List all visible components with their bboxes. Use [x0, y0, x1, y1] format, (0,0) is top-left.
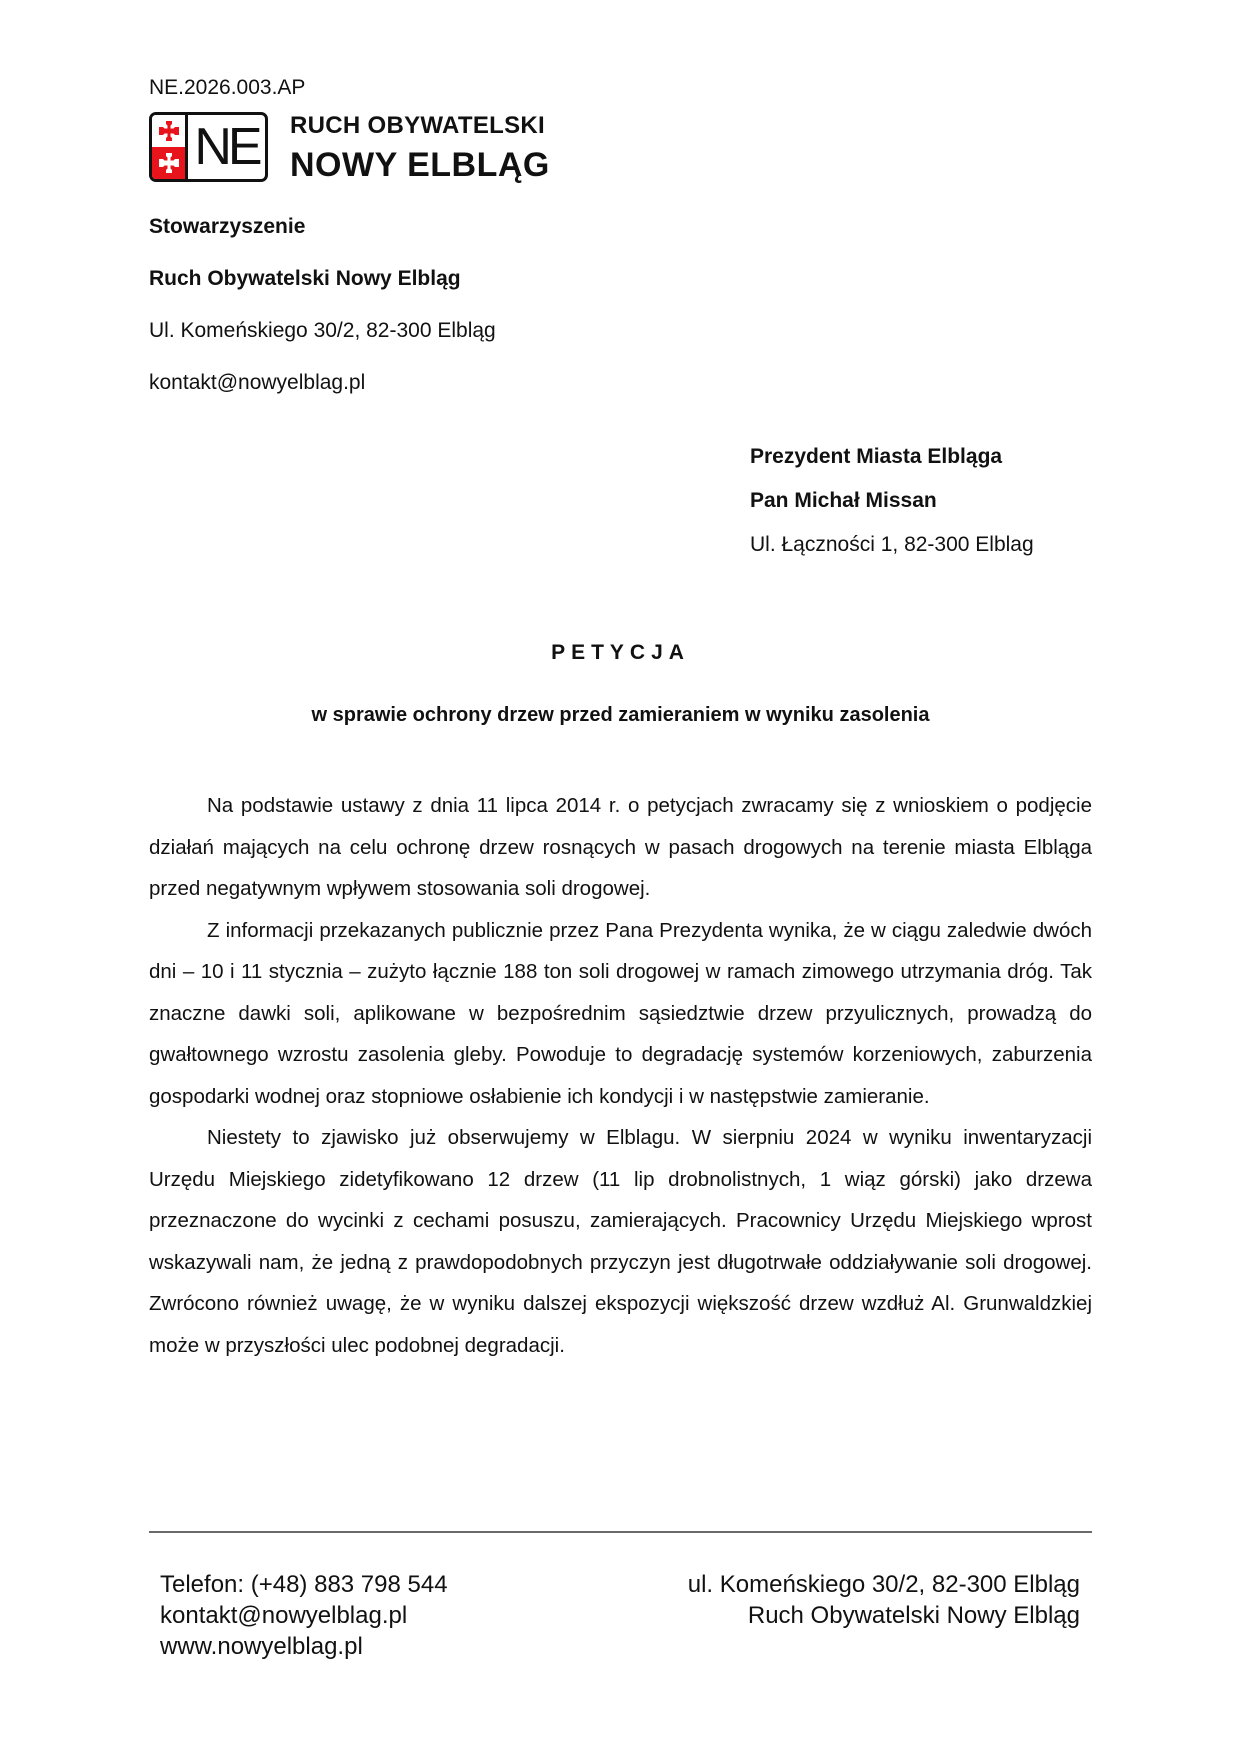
- footer-address: ul. Komeńskiego 30/2, 82-300 Elbląg: [688, 1569, 1080, 1600]
- body-paragraph: Z informacji przekazanych publicznie prz…: [149, 910, 1092, 1118]
- footer-organization: Ruch Obywatelski Nowy Elbląg: [688, 1600, 1080, 1631]
- white-cross-icon: [159, 153, 179, 173]
- document-reference-number: NE.2026.003.AP: [149, 74, 305, 102]
- document-subtitle: w sprawie ochrony drzew przed zamieranie…: [149, 704, 1092, 727]
- logo-badge-text: NE: [188, 115, 265, 179]
- logo-flag: [152, 115, 188, 179]
- recipient-block: Prezydent Miasta Elbląga Pan Michał Miss…: [750, 442, 1034, 574]
- footer-email: kontakt@nowyelblag.pl: [160, 1600, 448, 1631]
- logo-text-line2: NOWY ELBLĄG: [290, 146, 550, 184]
- sender-type: Stowarzyszenie: [149, 212, 496, 264]
- sender-address: Ul. Komeńskiego 30/2, 82-300 Elbląg: [149, 316, 496, 368]
- recipient-title: Prezydent Miasta Elbląga: [750, 442, 1034, 486]
- logo-badge: NE: [149, 112, 268, 182]
- recipient-address: Ul. Łączności 1, 82-300 Elblag: [750, 530, 1034, 574]
- footer-contact: Telefon: (+48) 883 798 544 kontakt@nowye…: [160, 1569, 448, 1662]
- sender-email: kontakt@nowyelblag.pl: [149, 368, 496, 420]
- sender-block: Stowarzyszenie Ruch Obywatelski Nowy Elb…: [149, 212, 496, 420]
- sender-name: Ruch Obywatelski Nowy Elbląg: [149, 264, 496, 316]
- footer-phone: Telefon: (+48) 883 798 544: [160, 1569, 448, 1600]
- logo-text-line1: RUCH OBYWATELSKI: [290, 112, 545, 140]
- body-paragraph: Na podstawie ustawy z dnia 11 lipca 2014…: [149, 785, 1092, 910]
- recipient-name: Pan Michał Missan: [750, 486, 1034, 530]
- footer-website: www.nowyelblag.pl: [160, 1631, 448, 1662]
- red-cross-icon: [159, 121, 179, 141]
- organization-logo: NE RUCH OBYWATELSKI NOWY ELBLĄG: [149, 112, 574, 186]
- document-body: Na podstawie ustawy z dnia 11 lipca 2014…: [149, 785, 1092, 1366]
- footer-divider: [149, 1531, 1092, 1533]
- body-paragraph: Niestety to zjawisko już obserwujemy w E…: [149, 1117, 1092, 1366]
- footer-address-block: ul. Komeńskiego 30/2, 82-300 Elbląg Ruch…: [688, 1569, 1080, 1631]
- document-title: PETYCJA: [149, 641, 1092, 665]
